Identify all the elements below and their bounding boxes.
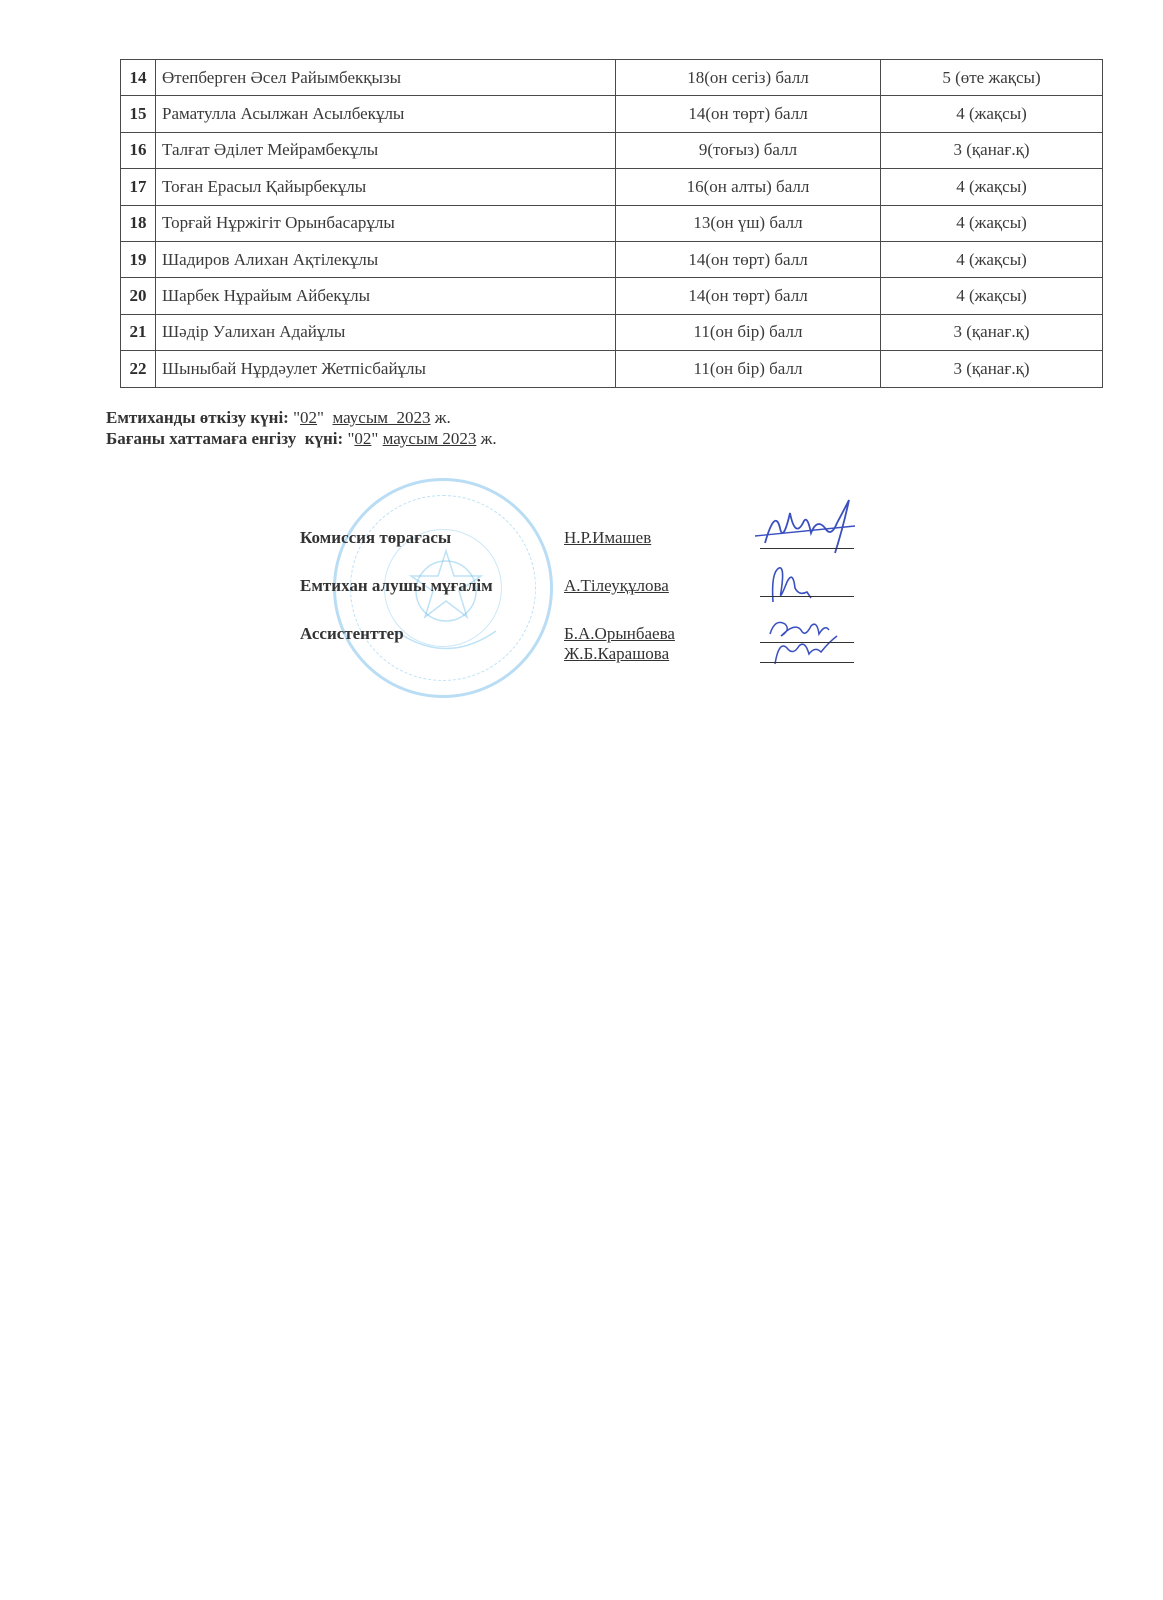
score-cell: 14(он төрт) балл bbox=[616, 278, 881, 314]
row-number: 17 bbox=[121, 169, 156, 205]
teacher-signature-icon bbox=[745, 562, 845, 606]
score-cell: 11(он бір) балл bbox=[616, 314, 881, 350]
grade-cell: 5 (өте жақсы) bbox=[881, 60, 1103, 96]
table-row: 16Талғат Әділет Мейрамбекұлы9(тоғыз) бал… bbox=[121, 132, 1103, 168]
row-number: 16 bbox=[121, 132, 156, 168]
score-cell: 11(он бір) балл bbox=[616, 351, 881, 387]
table-row: 20Шарбек Нұрайым Айбекұлы14(он төрт) бал… bbox=[121, 278, 1103, 314]
teacher-name: А.Тілеуқұлова bbox=[564, 576, 669, 596]
exam-date-suffix: ж. bbox=[435, 408, 451, 427]
results-table: 14Өтепберген Әсел Райымбекқызы18(он сегі… bbox=[120, 59, 1103, 388]
table-row: 15Раматулла Асылжан Асылбекұлы14(он төрт… bbox=[121, 96, 1103, 132]
grade-cell: 4 (жақсы) bbox=[881, 278, 1103, 314]
assistants-role: Ассистенттер bbox=[300, 624, 404, 644]
teacher-role: Емтихан алушы мұғалім bbox=[300, 576, 493, 596]
student-name: Өтепберген Әсел Райымбекқызы bbox=[156, 60, 616, 96]
protocol-date-line: Бағаны хаттамаға енгізу күні: "02" маусы… bbox=[106, 428, 497, 449]
dates-block: Емтиханды өткізу күні: "02" маусым 2023 … bbox=[106, 407, 497, 449]
exam-date-line: Емтиханды өткізу күні: "02" маусым 2023 … bbox=[106, 407, 497, 428]
student-name: Тоған Ерасыл Қайырбекұлы bbox=[156, 169, 616, 205]
table-row: 14Өтепберген Әсел Райымбекқызы18(он сегі… bbox=[121, 60, 1103, 96]
row-number: 15 bbox=[121, 96, 156, 132]
row-number: 18 bbox=[121, 205, 156, 241]
chair-signature-line bbox=[760, 548, 854, 549]
exam-date-label: Емтиханды өткізу күні: bbox=[106, 408, 289, 427]
score-cell: 14(он төрт) балл bbox=[616, 96, 881, 132]
row-number: 19 bbox=[121, 241, 156, 277]
score-cell: 9(тоғыз) балл bbox=[616, 132, 881, 168]
assistant-2-name: Ж.Б.Карашова bbox=[564, 644, 675, 664]
protocol-date-month-year: маусым 2023 bbox=[383, 429, 477, 448]
student-name: Шыныбай Нұрдәулет Жетпісбайұлы bbox=[156, 351, 616, 387]
exam-date-day: 02 bbox=[300, 408, 317, 427]
score-cell: 13(он үш) балл bbox=[616, 205, 881, 241]
row-number: 21 bbox=[121, 314, 156, 350]
signature-block: Комиссия төрағасы Н.Р.Имашев Емтихан алу… bbox=[300, 528, 880, 688]
protocol-date-label: Бағаны хаттамаға енгізу күні: bbox=[106, 429, 343, 448]
chair-role: Комиссия төрағасы bbox=[300, 528, 451, 548]
exam-date-month-year: маусым 2023 bbox=[332, 408, 430, 427]
student-name: Торғай Нұржігіт Орынбасарұлы bbox=[156, 205, 616, 241]
student-name: Талғат Әділет Мейрамбекұлы bbox=[156, 132, 616, 168]
protocol-date-day: 02 bbox=[354, 429, 371, 448]
chair-name: Н.Р.Имашев bbox=[564, 528, 651, 548]
row-number: 22 bbox=[121, 351, 156, 387]
grade-cell: 4 (жақсы) bbox=[881, 241, 1103, 277]
assistant-2-signature-line bbox=[760, 662, 854, 663]
student-name: Шарбек Нұрайым Айбекұлы bbox=[156, 278, 616, 314]
table-row: 22Шыныбай Нұрдәулет Жетпісбайұлы11(он бі… bbox=[121, 351, 1103, 387]
student-name: Шәдір Уалихан Адайұлы bbox=[156, 314, 616, 350]
grade-cell: 4 (жақсы) bbox=[881, 205, 1103, 241]
assistant-1-signature-line bbox=[760, 642, 854, 643]
grade-cell: 3 (қанағ.қ) bbox=[881, 132, 1103, 168]
table-row: 19Шадиров Алихан Ақтілекұлы14(он төрт) б… bbox=[121, 241, 1103, 277]
grade-cell: 3 (қанағ.қ) bbox=[881, 351, 1103, 387]
grade-cell: 3 (қанағ.қ) bbox=[881, 314, 1103, 350]
row-number: 20 bbox=[121, 278, 156, 314]
table-row: 21Шәдір Уалихан Адайұлы11(он бір) балл3 … bbox=[121, 314, 1103, 350]
results-table-body: 14Өтепберген Әсел Райымбекқызы18(он сегі… bbox=[121, 60, 1103, 388]
student-name: Шадиров Алихан Ақтілекұлы bbox=[156, 241, 616, 277]
grade-cell: 4 (жақсы) bbox=[881, 96, 1103, 132]
protocol-date-suffix: ж. bbox=[481, 429, 497, 448]
score-cell: 14(он төрт) балл bbox=[616, 241, 881, 277]
chair-signature-icon bbox=[745, 498, 875, 558]
assistants-signature-row: Ассистенттер Б.А.Орынбаева Ж.Б.Карашова bbox=[300, 624, 880, 688]
table-row: 18Торғай Нұржігіт Орынбасарұлы13(он үш) … bbox=[121, 205, 1103, 241]
score-cell: 18(он сегіз) балл bbox=[616, 60, 881, 96]
teacher-signature-line bbox=[760, 596, 854, 597]
table-row: 17Тоған Ерасыл Қайырбекұлы16(он алты) ба… bbox=[121, 169, 1103, 205]
student-name: Раматулла Асылжан Асылбекұлы bbox=[156, 96, 616, 132]
assistant-1-name: Б.А.Орынбаева bbox=[564, 624, 675, 644]
row-number: 14 bbox=[121, 60, 156, 96]
grade-cell: 4 (жақсы) bbox=[881, 169, 1103, 205]
score-cell: 16(он алты) балл bbox=[616, 169, 881, 205]
